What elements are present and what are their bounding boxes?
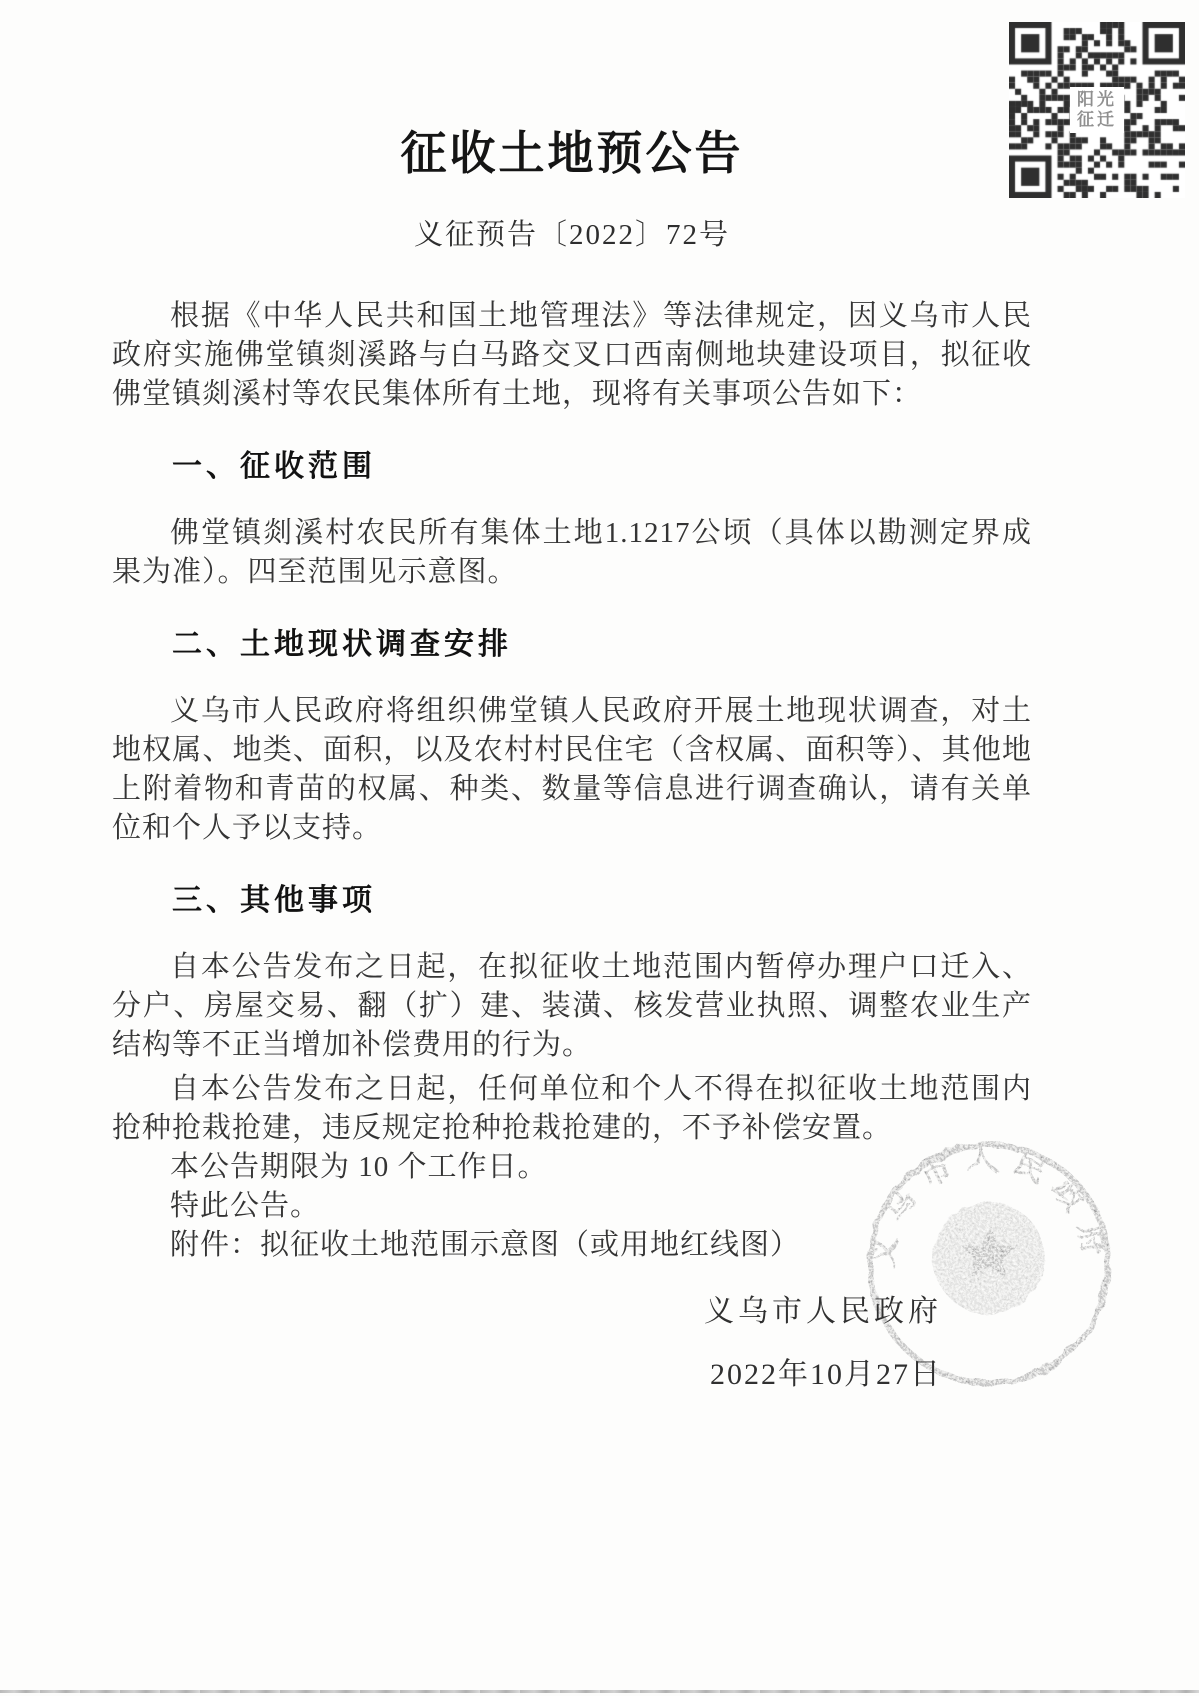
- issuer-signature: 义乌市人民政府: [112, 1292, 942, 1331]
- section-3-paragraph-2: 自本公告发布之日起，任何单位和个人不得在拟征收土地范围内抢种抢栽抢建，违反规定抢…: [112, 1070, 1032, 1148]
- qr-center-label: 阳光征迁: [1070, 87, 1124, 133]
- signature-block: 义乌市人民政府 2022年10月27日: [112, 1292, 1032, 1394]
- notice-period-line: 本公告期限为 10 个工作日。: [112, 1148, 1032, 1187]
- closing-line: 特此公告。: [112, 1187, 1032, 1226]
- intro-paragraph: 根据《中华人民共和国土地管理法》等法律规定，因义乌市人民政府实施佛堂镇剡溪路与白…: [112, 297, 1032, 414]
- section-2-paragraph: 义乌市人民政府将组织佛堂镇人民政府开展土地现状调查，对土地权属、地类、面积，以及…: [112, 692, 1032, 848]
- document-number: 义征预告〔2022〕72号: [112, 212, 1032, 253]
- scan-artifact-line: [0, 1690, 1199, 1693]
- attachment-line: 附件：拟征收土地范围示意图（或用地红线图）: [112, 1226, 1032, 1265]
- document-body: 征收土地预公告 义征预告〔2022〕72号 根据《中华人民共和国土地管理法》等法…: [0, 0, 1199, 1394]
- section-1-paragraph: 佛堂镇剡溪村农民所有集体土地1.1217公顷（具体以勘测定界成果为准）。四至范围…: [112, 514, 1032, 592]
- page-title: 征收土地预公告: [112, 0, 1032, 179]
- qr-code: 阳光征迁: [1009, 22, 1185, 198]
- section-3-paragraph-1: 自本公告发布之日起，在拟征收土地范围内暂停办理户口迁入、分户、房屋交易、翻（扩）…: [112, 948, 1032, 1065]
- issue-date: 2022年10月27日: [112, 1355, 942, 1394]
- section-heading-1: 一、征收范围: [112, 447, 1032, 486]
- section-heading-3: 三、其他事项: [112, 881, 1032, 920]
- section-heading-2: 二、土地现状调查安排: [112, 625, 1032, 664]
- document-page: 阳光征迁 义乌市人民政府 征收土地预公告 义征预告〔202: [0, 0, 1199, 1696]
